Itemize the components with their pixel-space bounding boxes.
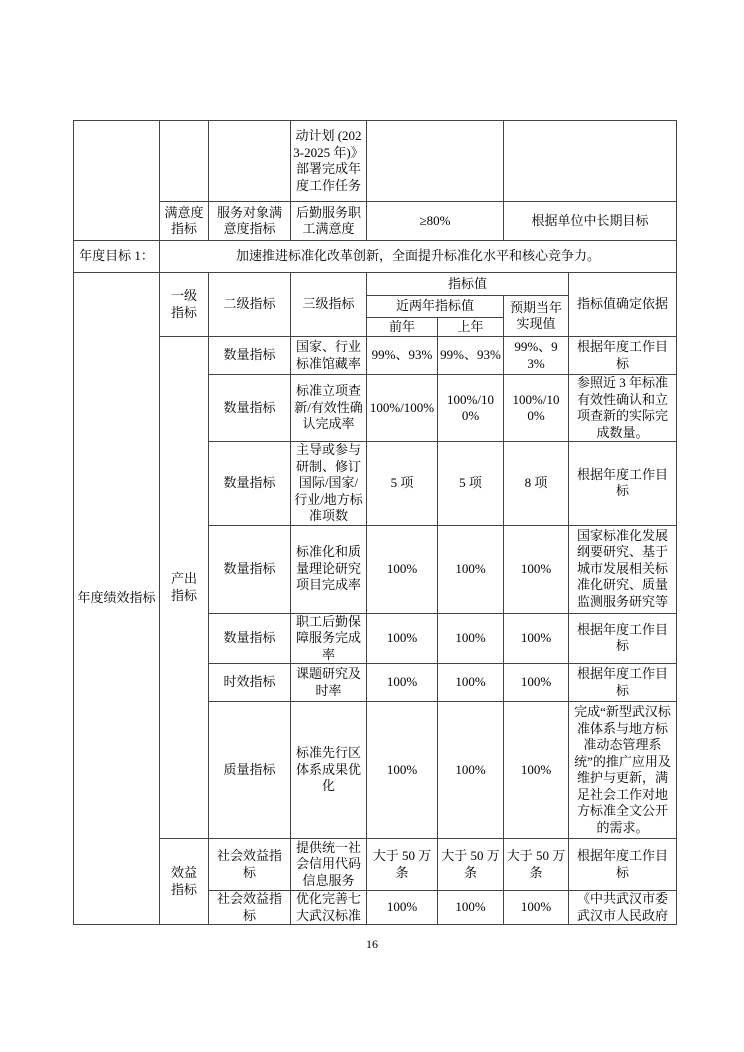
level2-cell: 社会效益指标 bbox=[209, 839, 291, 891]
performance-indicator-table: 动计划 (2023-2025 年)》部署完成年度工作任务 满意度指标 服务对象满… bbox=[73, 120, 677, 925]
level3-cell: 标准先行区体系成果优化 bbox=[291, 702, 367, 839]
value-prev-year-cell: 100% bbox=[367, 525, 438, 613]
satisfaction-value-cell: ≥80% bbox=[367, 202, 504, 241]
basis-cell: 参照近 3 年标准有效性确认和立项查新的实际完成数量。 bbox=[569, 375, 677, 442]
value-last-year-cell: 100% bbox=[438, 891, 504, 925]
level3-cell: 职工后勤保障服务完成率 bbox=[291, 613, 367, 664]
header-level3-cell: 三级指标 bbox=[291, 273, 367, 337]
indicator-row: 产出指标 数量指标 国家、行业标准馆藏率 99%、93% 99%、93% 99%… bbox=[74, 337, 677, 375]
value-last-year-cell: 99%、93% bbox=[438, 337, 504, 375]
value-last-year-cell: 100% bbox=[438, 664, 504, 702]
basis-cell: 《中共武汉市委武汉市人民政府 bbox=[569, 891, 677, 925]
level3-cell: 标准化和质量理论研究项目完成率 bbox=[291, 525, 367, 613]
value-last-year-cell: 100% bbox=[438, 702, 504, 839]
carryover-col1-cell bbox=[74, 121, 160, 241]
level2-cell: 质量指标 bbox=[209, 702, 291, 839]
value-prev-year-cell: 100% bbox=[367, 702, 438, 839]
value-prev-year-cell: 100% bbox=[367, 891, 438, 925]
value-last-year-cell: 100% bbox=[438, 525, 504, 613]
header-level1-text: 一级指标 bbox=[171, 288, 197, 321]
basis-cell: 根据年度工作目标 bbox=[569, 839, 677, 891]
satisfaction-level1-cell: 满意度指标 bbox=[160, 202, 209, 241]
carryover-value-cell bbox=[367, 121, 504, 202]
value-last-year-cell: 100% bbox=[438, 613, 504, 664]
value-last-year-cell: 5 项 bbox=[438, 442, 504, 526]
basis-cell: 根据年度工作目标 bbox=[569, 613, 677, 664]
annual-goal-row: 年度目标 1： 加速推进标准化改革创新，全面提升标准化水平和核心竞争力。 bbox=[74, 241, 677, 273]
group-benefit-cell: 效益指标 bbox=[160, 839, 209, 925]
level3-cell: 课题研究及时率 bbox=[291, 664, 367, 702]
level2-cell: 数量指标 bbox=[209, 613, 291, 664]
level2-cell: 数量指标 bbox=[209, 442, 291, 526]
satisfaction-row: 满意度指标 服务对象满意度指标 后勤服务职工满意度 ≥80% 根据单位中长期目标 bbox=[74, 202, 677, 241]
value-current-cell: 100%/100% bbox=[504, 375, 569, 442]
level2-cell: 数量指标 bbox=[209, 375, 291, 442]
value-current-cell: 100% bbox=[504, 702, 569, 839]
level2-cell: 数量指标 bbox=[209, 525, 291, 613]
value-current-cell: 100% bbox=[504, 664, 569, 702]
carryover-col3-cell bbox=[209, 121, 291, 202]
value-current-cell: 99%、93% bbox=[504, 337, 569, 375]
level2-cell: 时效指标 bbox=[209, 664, 291, 702]
value-prev-year-cell: 100% bbox=[367, 613, 438, 664]
level2-cell: 社会效益指标 bbox=[209, 891, 291, 925]
level3-cell: 主导或参与研制、修订国际/国家/行业/地方标准项数 bbox=[291, 442, 367, 526]
satisfaction-basis-cell: 根据单位中长期目标 bbox=[504, 202, 677, 241]
value-current-cell: 100% bbox=[504, 525, 569, 613]
indicator-row: 效益指标 社会效益指标 提供统一社会信用代码信息服务 大于 50 万条 大于 5… bbox=[74, 839, 677, 891]
group-output-text: 产出指标 bbox=[171, 571, 197, 604]
header-recent-two-years-cell: 近两年指标值 bbox=[367, 296, 504, 318]
header-level1-cell: 一级指标 bbox=[160, 273, 209, 337]
basis-cell: 根据年度工作目标 bbox=[569, 337, 677, 375]
group-output-cell: 产出指标 bbox=[160, 337, 209, 839]
carryover-basis-cell bbox=[504, 121, 677, 202]
annual-indicators-label-cell: 年度绩效指标 bbox=[74, 273, 160, 925]
value-prev-year-cell: 99%、93% bbox=[367, 337, 438, 375]
page-number: 16 bbox=[0, 936, 744, 952]
document-page: 动计划 (2023-2025 年)》部署完成年度工作任务 满意度指标 服务对象满… bbox=[0, 0, 744, 1052]
annual-goal-label-cell: 年度目标 1： bbox=[74, 241, 160, 273]
value-prev-year-cell: 大于 50 万条 bbox=[367, 839, 438, 891]
carryover-row: 动计划 (2023-2025 年)》部署完成年度工作任务 bbox=[74, 121, 677, 202]
level3-cell: 优化完善七大武汉标准 bbox=[291, 891, 367, 925]
value-current-cell: 大于 50 万条 bbox=[504, 839, 569, 891]
group-benefit-text: 效益指标 bbox=[171, 865, 197, 898]
value-last-year-cell: 大于 50 万条 bbox=[438, 839, 504, 891]
satisfaction-level3-cell: 后勤服务职工满意度 bbox=[291, 202, 367, 241]
header-expected-current-cell: 预期当年实现值 bbox=[504, 296, 569, 337]
header-last-year-cell: 上年 bbox=[438, 318, 504, 337]
level3-cell: 国家、行业标准馆藏率 bbox=[291, 337, 367, 375]
value-prev-year-cell: 100% bbox=[367, 664, 438, 702]
basis-cell: 根据年度工作目标 bbox=[569, 664, 677, 702]
basis-cell: 国家标准化发展纲要研究、基于城市发展相关标准化研究、质量监测服务研究等 bbox=[569, 525, 677, 613]
carryover-col2-cell bbox=[160, 121, 209, 202]
basis-cell: 根据年度工作目标 bbox=[569, 442, 677, 526]
indicator-header-row-1: 年度绩效指标 一级指标 二级指标 三级指标 指标值 指标值确定依据 bbox=[74, 273, 677, 296]
value-current-cell: 8 项 bbox=[504, 442, 569, 526]
value-prev-year-cell: 100%/100% bbox=[367, 375, 438, 442]
carryover-task-cell: 动计划 (2023-2025 年)》部署完成年度工作任务 bbox=[291, 121, 367, 202]
value-current-cell: 100% bbox=[504, 891, 569, 925]
value-prev-year-cell: 5 项 bbox=[367, 442, 438, 526]
annual-goal-text-cell: 加速推进标准化改革创新，全面提升标准化水平和核心竞争力。 bbox=[160, 241, 677, 273]
level2-cell: 数量指标 bbox=[209, 337, 291, 375]
value-current-cell: 100% bbox=[504, 613, 569, 664]
basis-cell: 完成“新型武汉标准体系与地方标准动态管理系统”的推广应用及维护与更新，满足社会工… bbox=[569, 702, 677, 839]
header-level2-cell: 二级指标 bbox=[209, 273, 291, 337]
header-basis-cell: 指标值确定依据 bbox=[569, 273, 677, 337]
header-year-before-last-cell: 前年 bbox=[367, 318, 438, 337]
level3-cell: 提供统一社会信用代码信息服务 bbox=[291, 839, 367, 891]
satisfaction-level2-cell: 服务对象满意度指标 bbox=[209, 202, 291, 241]
value-last-year-cell: 100%/100% bbox=[438, 375, 504, 442]
header-value-group-cell: 指标值 bbox=[367, 273, 569, 296]
level3-cell: 标准立项查新/有效性确认完成率 bbox=[291, 375, 367, 442]
